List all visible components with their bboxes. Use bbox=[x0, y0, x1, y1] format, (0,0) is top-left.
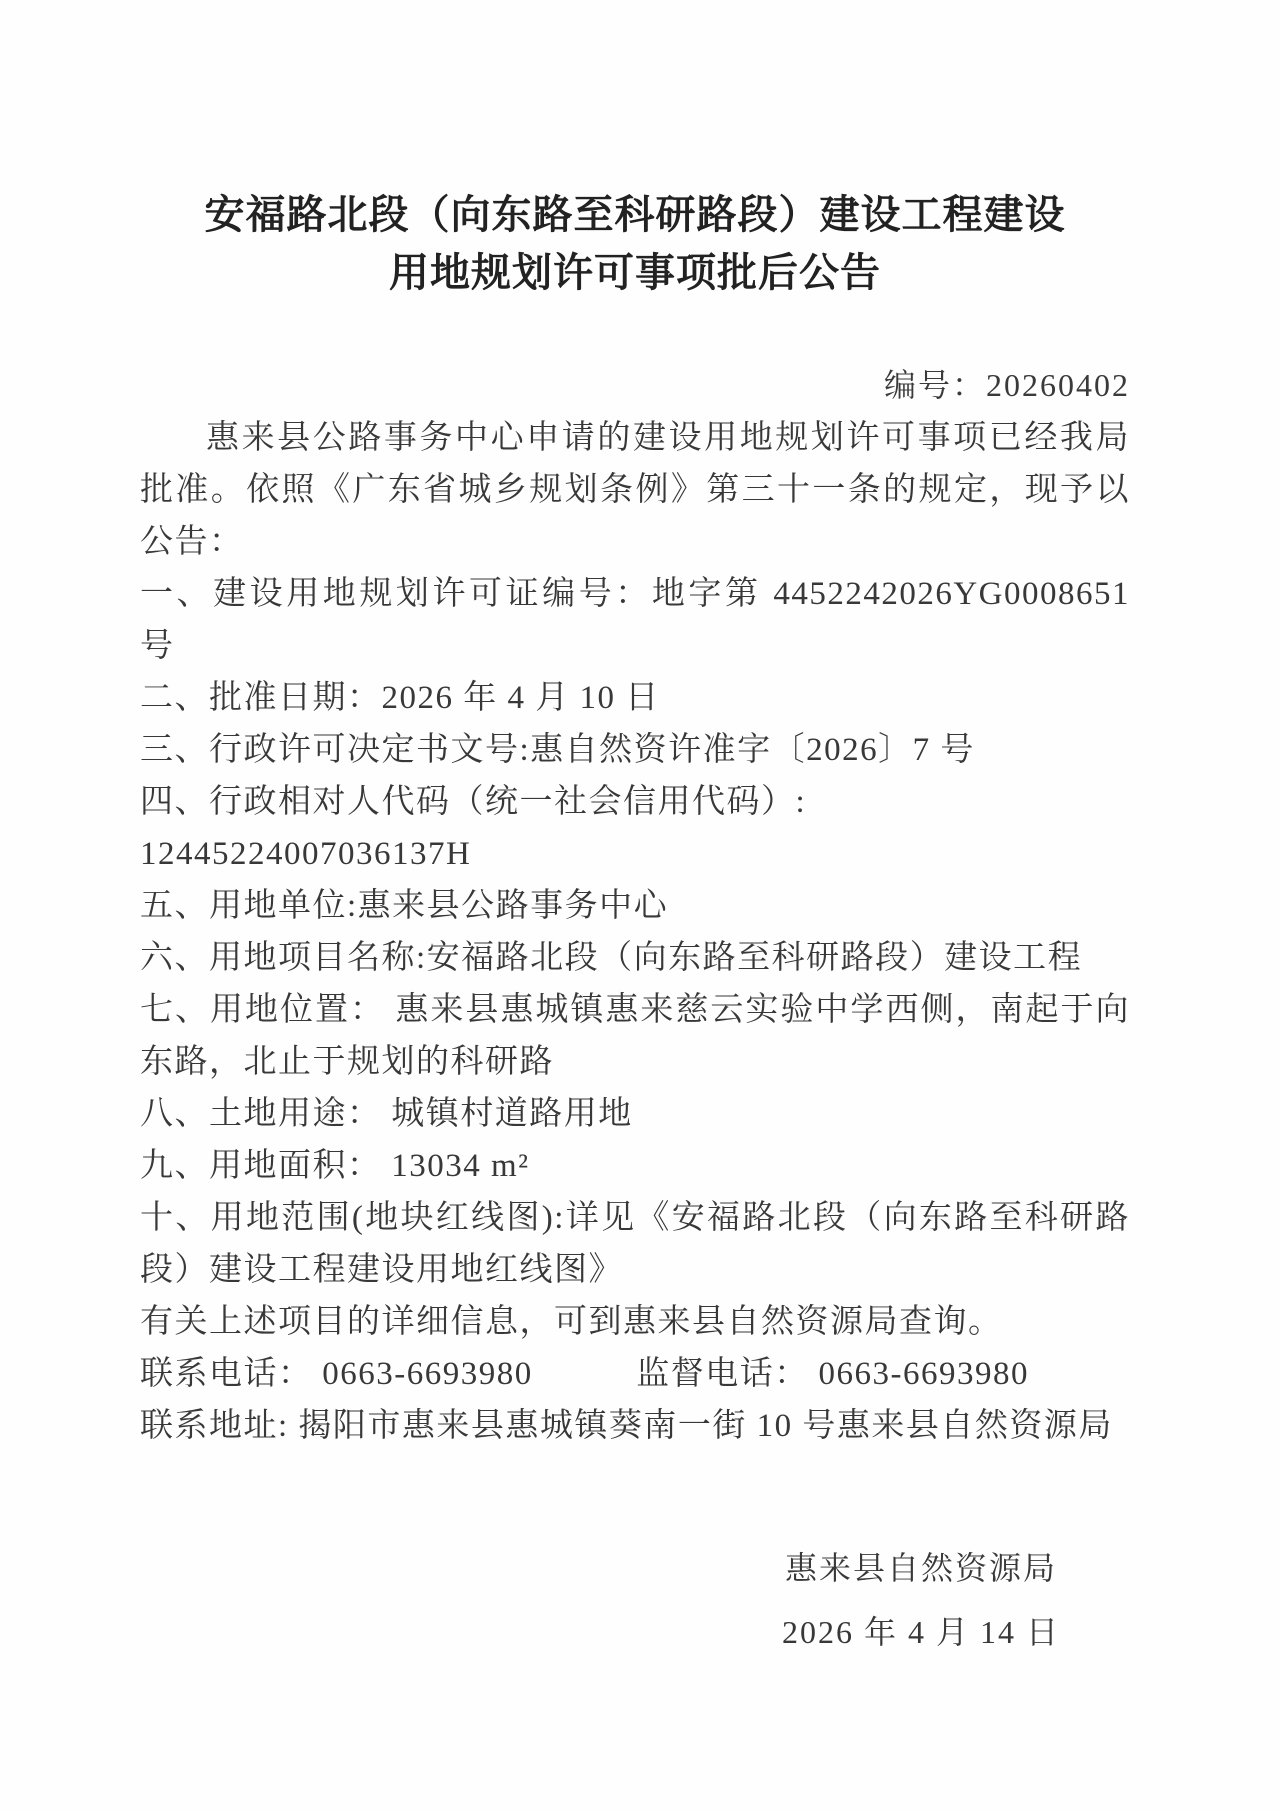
paragraph-line: 公告： bbox=[140, 516, 1130, 568]
announcement-body: 惠来县公路事务中心申请的建设用地规划许可事项已经我局 批准。依照《广东省城乡规划… bbox=[140, 412, 1130, 1452]
signature-org: 惠来县自然资源局 bbox=[782, 1536, 1060, 1600]
list-item-10-continued: 段）建设工程建设用地红线图》 bbox=[140, 1244, 1130, 1296]
signature-date: 2026 年 4 月 14 日 bbox=[782, 1600, 1060, 1664]
title-line-2: 用地规划许可事项批后公告 bbox=[389, 250, 881, 295]
contact-address-line: 联系地址: 揭阳市惠来县惠城镇葵南一街 10 号惠来县自然资源局 bbox=[140, 1400, 1130, 1452]
title-line-1: 安福路北段（向东路至科研路段）建设工程建设 bbox=[205, 192, 1066, 237]
list-item-8: 八、土地用途： 城镇村道路用地 bbox=[140, 1088, 1130, 1140]
paragraph-line: 惠来县公路事务中心申请的建设用地规划许可事项已经我局 bbox=[140, 412, 1130, 464]
list-item-4: 四、行政相对人代码（统一社会信用代码）: 12445224007036137H bbox=[140, 776, 1130, 880]
list-item-10: 十、用地范围(地块红线图):详见《安福路北段（向东路至科研路 bbox=[140, 1192, 1130, 1244]
list-item-9: 九、用地面积： 13034 m² bbox=[140, 1140, 1130, 1192]
list-item-5: 五、用地单位:惠来县公路事务中心 bbox=[140, 880, 1130, 932]
list-item-1: 一、建设用地规划许可证编号：地字第 4452242026YG0008651 号 bbox=[140, 568, 1130, 672]
page-title: 安福路北段（向东路至科研路段）建设工程建设用地规划许可事项批后公告 bbox=[140, 186, 1130, 302]
signature-block: 惠来县自然资源局 2026 年 4 月 14 日 bbox=[140, 1536, 1130, 1664]
doc-number: 编号：20260402 bbox=[140, 358, 1130, 412]
info-note-line: 有关上述项目的详细信息，可到惠来县自然资源局查询。 bbox=[140, 1296, 1130, 1348]
document-page: 安福路北段（向东路至科研路段）建设工程建设用地规划许可事项批后公告 编号：202… bbox=[0, 0, 1280, 1811]
list-item-2: 二、批准日期：2026 年 4 月 10 日 bbox=[140, 672, 1130, 724]
list-item-3: 三、行政许可决定书文号:惠自然资许准字〔2026〕7 号 bbox=[140, 724, 1130, 776]
list-item-7-continued: 东路，北止于规划的科研路 bbox=[140, 1036, 1130, 1088]
paragraph-line: 批准。依照《广东省城乡规划条例》第三十一条的规定，现予以 bbox=[140, 464, 1130, 516]
list-item-7: 七、用地位置： 惠来县惠城镇惠来慈云实验中学西侧，南起于向 bbox=[140, 984, 1130, 1036]
list-item-6: 六、用地项目名称:安福路北段（向东路至科研路段）建设工程 bbox=[140, 932, 1130, 984]
signature-inner: 惠来县自然资源局 2026 年 4 月 14 日 bbox=[782, 1536, 1060, 1664]
document-content: 安福路北段（向东路至科研路段）建设工程建设用地规划许可事项批后公告 编号：202… bbox=[140, 186, 1130, 1664]
contact-phone-line: 联系电话： 0663-6693980 监督电话： 0663-6693980 bbox=[140, 1348, 1130, 1400]
